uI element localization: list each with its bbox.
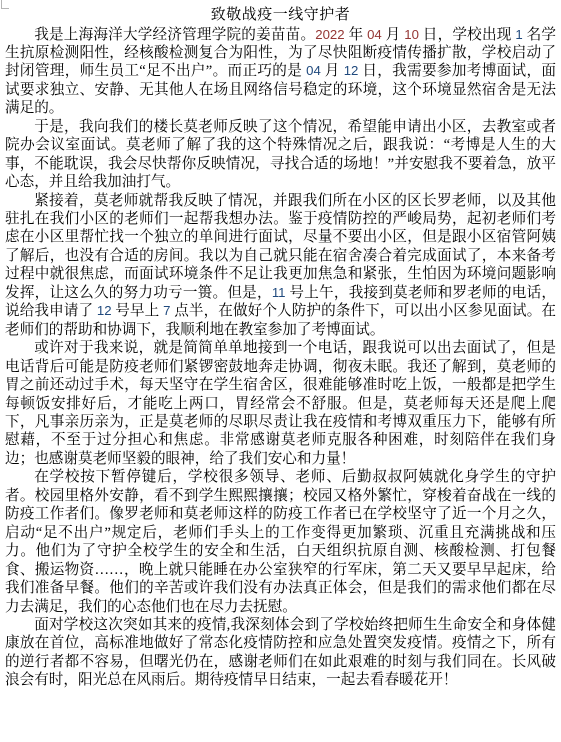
- number-blue: 12: [97, 303, 112, 318]
- text-run: 月: [382, 27, 405, 43]
- text-run: 于是，我向我们的楼长莫老师反映了这个情况，希望能申请出小区，去教室或者院办会议室…: [5, 119, 556, 190]
- number-blue: 04: [306, 63, 321, 78]
- text-run: 在学校按下暂停键后，学校很多领导、老师、后勤叔叔阿姨就化身学生的守护者。校园里格…: [5, 469, 556, 614]
- number-blue: 1: [515, 27, 522, 42]
- text-run: 或许对于我来说，就是简简单单地接到一个电话，跟我说可以出去面试了，但是电话背后可…: [5, 340, 556, 467]
- text-run: 面对学校这次突如其来的疫情,我深刻体会到了学校始终把师生生命安全和身体健康放在首…: [5, 617, 556, 688]
- date-number-red: 10: [404, 27, 419, 42]
- date-number-red: 04: [367, 27, 382, 42]
- text-run: 年: [345, 27, 368, 43]
- text-run: 号早上: [112, 303, 164, 319]
- paragraph: 或许对于我来说，就是简简单单地接到一个电话，跟我说可以出去面试了，但是电话背后可…: [5, 339, 556, 468]
- paragraph: 于是，我向我们的楼长莫老师反映了这个情况，希望能申请出小区，去教室或者院办会议室…: [5, 118, 556, 192]
- text-run: 我是上海海洋大学经济管理学院的姜苗苗。: [34, 27, 315, 43]
- paragraph: 紧接着，莫老师就帮我反映了情况，并跟我们所在小区的区长罗老师，以及其他驻扎在我们…: [5, 192, 556, 340]
- paragraph: 面对学校这次突如其来的疫情,我深刻体会到了学校始终把师生生命安全和身体健康放在首…: [5, 616, 556, 690]
- paragraph: 我是上海海洋大学经济管理学院的姜苗苗。2022 年 04 月 10 日，学校出现…: [5, 26, 556, 118]
- document-page: 致敬战疫一线守护者 我是上海海洋大学经济管理学院的姜苗苗。2022 年 04 月…: [0, 0, 561, 742]
- number-blue: 12: [344, 63, 359, 78]
- document-title: 致敬战疫一线守护者: [5, 6, 556, 26]
- text-run: 日，学校出现: [419, 27, 515, 43]
- paragraph: 在学校按下暂停键后，学校很多领导、老师、后勤叔叔阿姨就化身学生的守护者。校园里格…: [5, 468, 556, 616]
- date-number-red: 2022: [315, 27, 344, 42]
- text-run: 月: [321, 63, 344, 79]
- number-blue: 11: [272, 285, 286, 300]
